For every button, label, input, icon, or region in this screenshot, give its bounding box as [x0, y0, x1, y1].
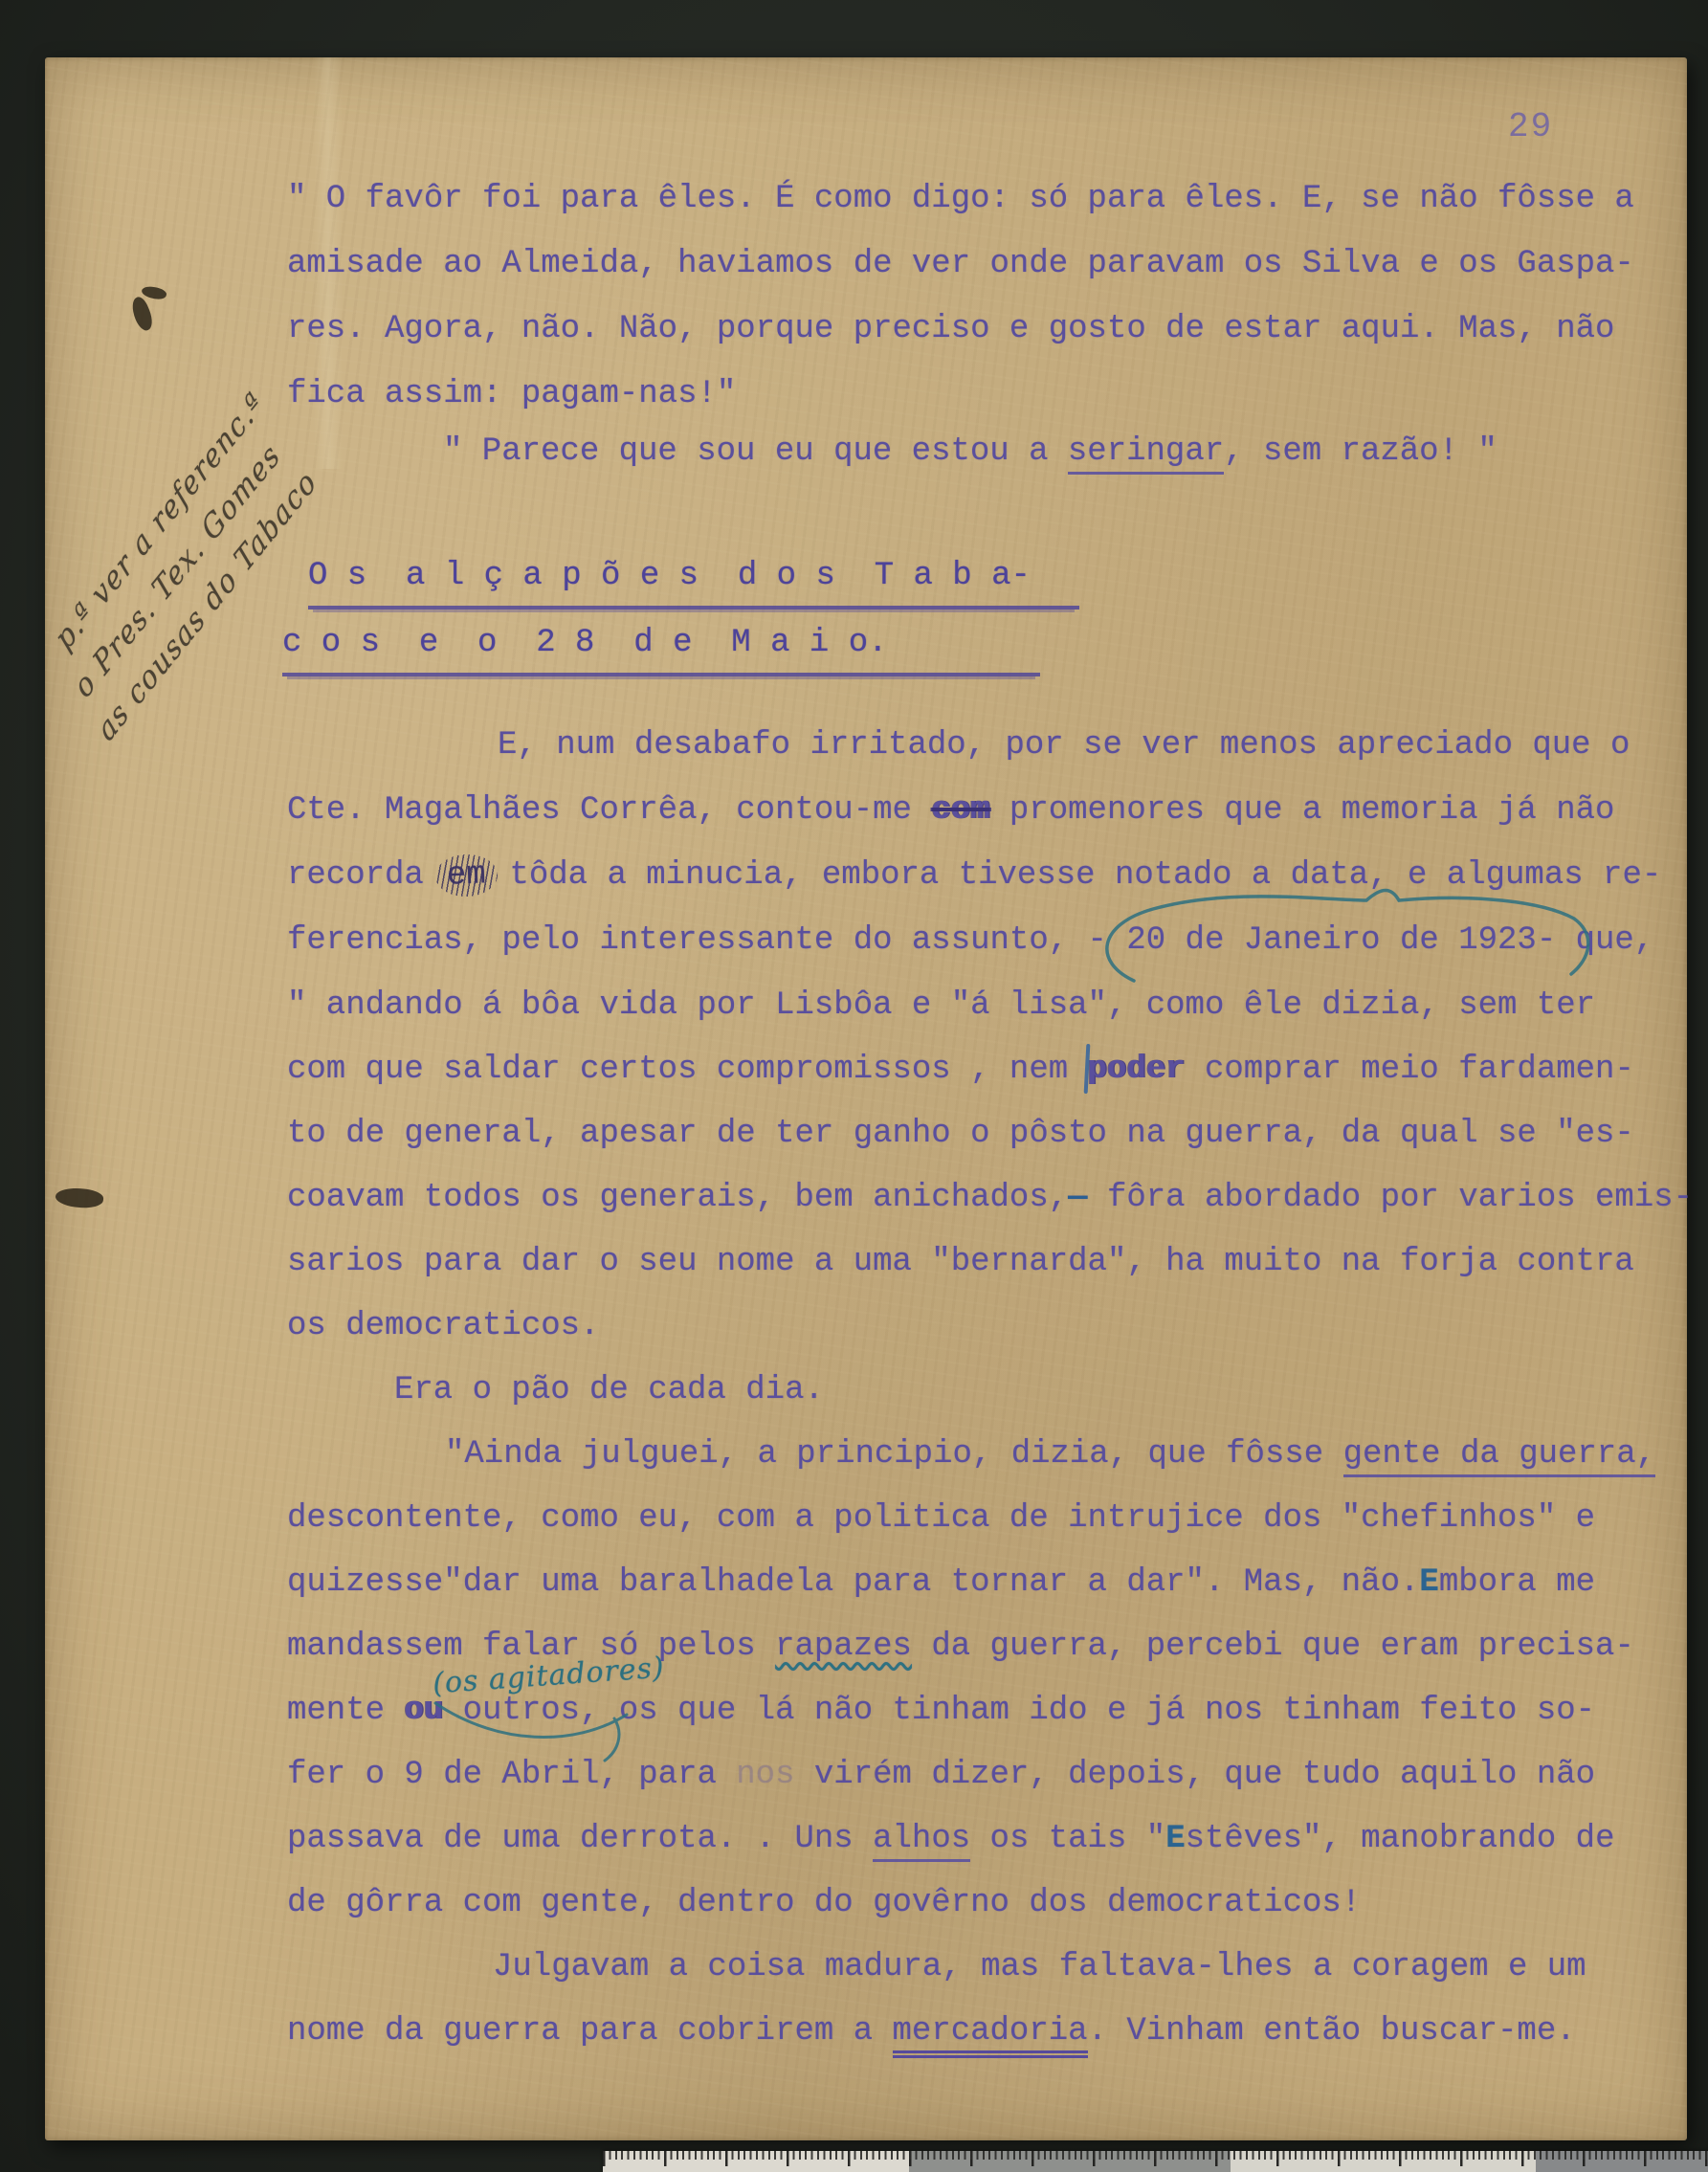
- photographic-scale-ruler: [603, 2151, 1708, 2172]
- typewritten-line: fer o 9 de Abril, para nos virém dizer, …: [287, 1754, 1595, 1796]
- typewritten-line: mandassem falar só pelos rapazes da guer…: [287, 1626, 1634, 1668]
- typewritten-line: descontente, como eu, com a politica de …: [287, 1497, 1595, 1540]
- typewritten-line: Era o pão de cada dia.: [394, 1369, 824, 1411]
- typewritten-line: amisade ao Almeida, haviamos de ver onde…: [287, 243, 1634, 285]
- typewritten-line: E, num desabafo irritado, por se ver men…: [498, 724, 1630, 766]
- typewritten-line: fica assim: pagam-nas!": [287, 373, 736, 415]
- typewritten-line: res. Agora, não. Não, porque preciso e g…: [287, 308, 1614, 350]
- typewritten-line: ferencias, pelo interessante do assunto,…: [287, 920, 1653, 962]
- ruler-tick-marks: [603, 2151, 1708, 2172]
- scanned-page-canvas: 29 p.ª ver a referenc.ª o Pres. Tex. Gom…: [0, 0, 1708, 2172]
- section-title-line-2: c o s e o 2 8 d e M a i o.: [282, 622, 1040, 676]
- typewritten-line: os democraticos.: [287, 1305, 599, 1347]
- typewritten-line: sarios para dar o seu nome a uma "bernar…: [287, 1241, 1634, 1283]
- section-title-line-1: O s a l ç a p õ e s d o s T a b a-: [308, 555, 1079, 609]
- typewritten-line: com que saldar certos compromissos , nem…: [287, 1049, 1634, 1091]
- typewritten-line: Cte. Magalhães Corrêa, contou-me com pro…: [287, 789, 1614, 831]
- typewritten-line: recorda em tôda a minucia, embora tivess…: [287, 854, 1661, 897]
- annotated-word: em: [434, 853, 498, 898]
- typewritten-line: nome da guerra para cobrirem a mercadori…: [287, 2010, 1576, 2052]
- typewritten-line: "Ainda julguei, a principio, dizia, que …: [445, 1433, 1655, 1475]
- annotated-word: mercadoria: [893, 2013, 1088, 2058]
- annotated-word: rapazes: [775, 1629, 912, 1665]
- typewritten-line: " Parece que sou eu que estou a seringar…: [443, 431, 1497, 473]
- annotated-word: E: [1165, 1821, 1185, 1857]
- annotated-word: —: [1068, 1180, 1087, 1216]
- annotated-word: poder: [1088, 1052, 1186, 1088]
- annotated-word: com: [931, 792, 989, 829]
- annotated-word: seringar: [1068, 433, 1224, 475]
- annotated-word: nos: [736, 1757, 794, 1793]
- typewritten-line: " O favôr foi para êles. É como digo: só…: [287, 178, 1634, 220]
- annotated-word: alhos: [873, 1821, 970, 1862]
- typewritten-line: Julgavam a coisa madura, mas faltava-lhe…: [493, 1946, 1586, 1988]
- typewritten-line: passava de uma derrota. . Uns alhos os t…: [287, 1818, 1614, 1860]
- annotated-word: gente da guerra,: [1343, 1436, 1655, 1477]
- typewritten-line: quizesse"dar uma baralhadela para tornar…: [287, 1562, 1595, 1604]
- typewritten-line: " andando á bôa vida por Lisbôa e "á lis…: [287, 985, 1595, 1027]
- page-number: 29: [1508, 107, 1553, 146]
- typewritten-line: de gôrra com gente, dentro do govêrno do…: [287, 1882, 1361, 1924]
- typewritten-line: to de general, apesar de ter ganho o pôs…: [287, 1113, 1634, 1155]
- typewritten-line: coavam todos os generais, bem anichados,…: [287, 1177, 1693, 1219]
- annotated-word: E: [1419, 1564, 1438, 1601]
